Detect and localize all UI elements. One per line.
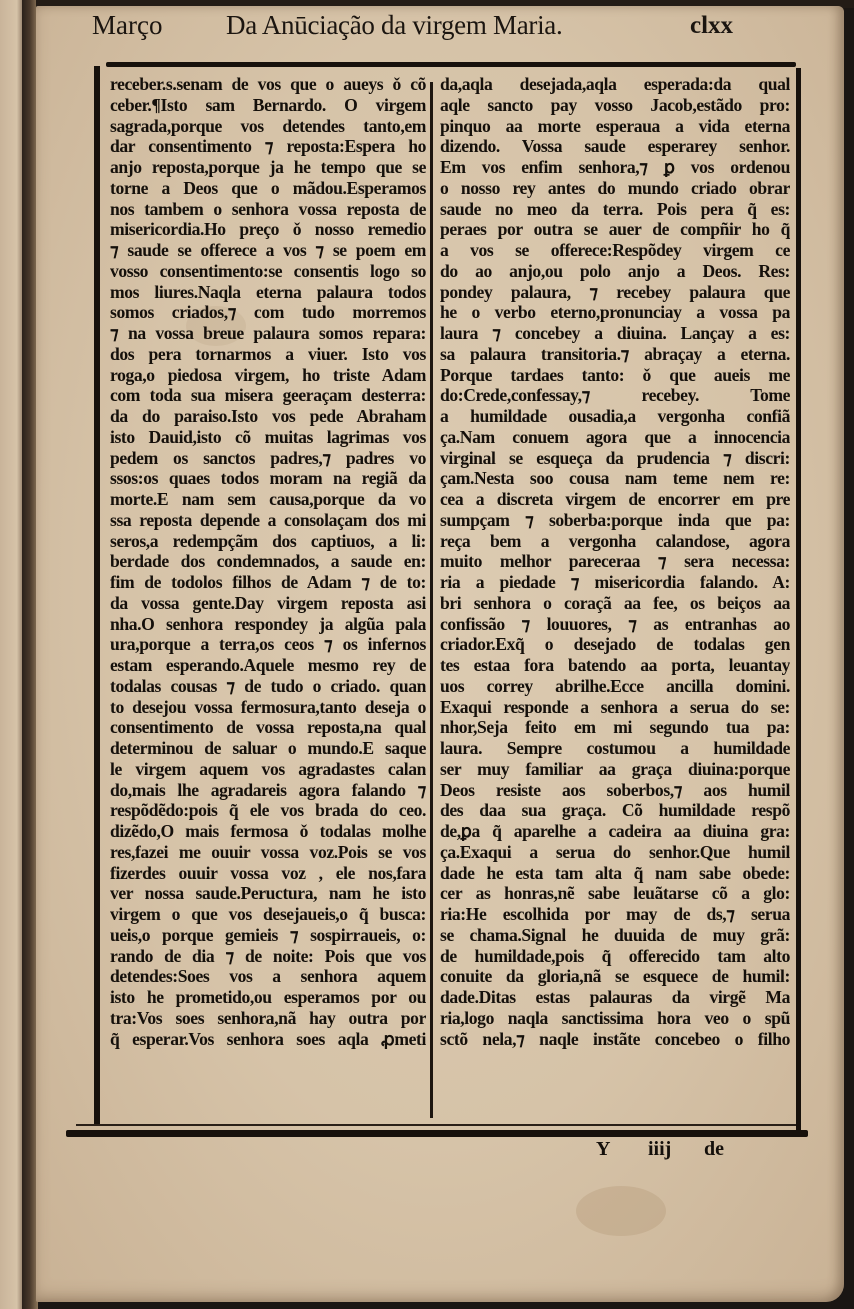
text-line: conuite da gloria,nã se esquece de humil… xyxy=(440,966,790,987)
text-line: morte.E nam sem causa,porque da vo xyxy=(110,489,426,510)
text-line: ssos:os quaes todos moram na regiã da xyxy=(110,468,426,489)
text-line: laura ⁊ concebey a diuina. Lançay a es: xyxy=(440,323,790,344)
text-line: do,mais lhe agradareis agora falando ⁊ xyxy=(110,780,426,801)
text-line: vosso consentimento:se consentis logo so xyxy=(110,261,426,282)
text-line: de humildade,pois q̃ offerecido tam alto xyxy=(440,946,790,967)
text-line: ver nossa saude.Peructura, nam he isto xyxy=(110,883,426,904)
text-line: do ao anjo,ou polo anjo a Deos. Res: xyxy=(440,261,790,282)
text-line: sagrada,porque vos detendes tanto,em xyxy=(110,116,426,137)
text-line: roga,o piedosa virgem, ho triste Adam xyxy=(110,365,426,386)
text-line: aqle sancto pay vosso Jacob,estãdo pro: xyxy=(440,95,790,116)
text-line: ria,logo naqla sanctissima hora veo o sp… xyxy=(440,1008,790,1029)
text-line: pinquo aa morte esperaua a vida eterna xyxy=(440,116,790,137)
text-line: mos liures.Naqla eterna palaura todos xyxy=(110,282,426,303)
text-line: anjo reposta,porque ja he tempo que se xyxy=(110,157,426,178)
text-line: sumpçam ⁊ soberba:porque inda que pa: xyxy=(440,510,790,531)
text-line: da do paraiso.Isto vos pede Abraham xyxy=(110,406,426,427)
text-line: nos tambem o senhora vossa reposta de xyxy=(110,199,426,220)
text-line: ssa reposta depende a consolaçam dos mi xyxy=(110,510,426,531)
text-line: dade he esta tam alta q̃ nam sabe obede: xyxy=(440,863,790,884)
text-line: a vos se offerece:Respõdey virgem ce xyxy=(440,240,790,261)
text-line: cer as honras,nẽ sabe leuãtarse cõ a glo… xyxy=(440,883,790,904)
running-head-month: Março xyxy=(92,10,162,41)
text-line: le virgem aquem vos agradastes calan xyxy=(110,759,426,780)
signature-mark: Y xyxy=(596,1138,610,1161)
left-text-column: receber.s.senam de vos que o aueys ǒ cõc… xyxy=(110,74,426,1049)
text-line: çam.Nesta soo cousa nam teme nem re: xyxy=(440,468,790,489)
text-line: dos pera tornarmos a viuer. Isto vos xyxy=(110,344,426,365)
text-line: to desejou vossa fermosura,tanto deseja … xyxy=(110,697,426,718)
text-line: isto Dauid,isto cõ muitas lagrimas vos xyxy=(110,427,426,448)
text-line: de,ꝑa q̃ aparelhe a cadeira aa diuina gr… xyxy=(440,821,790,842)
text-line: ça.Nam conuem agora que a innocencia xyxy=(440,427,790,448)
text-line: ⁊ saude se offerece a vos ⁊ se poem em xyxy=(110,240,426,261)
bottom-border-rule xyxy=(66,1130,808,1137)
text-line: determinou de saluar o mundo.E saque xyxy=(110,738,426,759)
text-line: criador.Exq̃ o desejado de todalas gen xyxy=(440,634,790,655)
text-line: o nosso rey antes do mundo criado obrar xyxy=(440,178,790,199)
right-border-rule xyxy=(796,68,801,1134)
text-line: receber.s.senam de vos que o aueys ǒ cõ xyxy=(110,74,426,95)
text-line: laura. Sempre costumou a humildade xyxy=(440,738,790,759)
text-line: nha.O senhora respondey ja algũa pala xyxy=(110,614,426,635)
text-line: ⁊ na vossa breue palaura somos repara: xyxy=(110,323,426,344)
text-line: ria:He escolhida por may de ds,⁊ serua xyxy=(440,904,790,925)
text-line: sa palaura transitoria.⁊ abraçay a etern… xyxy=(440,344,790,365)
text-line: tra:Vos soes senhora,nã hay outra por xyxy=(110,1008,426,1029)
text-line: muito melhor pareceraa ⁊ sera necessa: xyxy=(440,551,790,572)
text-line: ria a piedade ⁊ misericordia falando. A: xyxy=(440,572,790,593)
text-line: da,aqla desejada,aqla esperada:da qual xyxy=(440,74,790,95)
text-line: estam esperando.Aquele mesmo rey de xyxy=(110,655,426,676)
text-line: fim de todolos filhos de Adam ⁊ de to: xyxy=(110,572,426,593)
text-line: bri senhora o coraçã aa fee, os beiços a… xyxy=(440,593,790,614)
right-text-column: da,aqla desejada,aqla esperada:da qualaq… xyxy=(440,74,790,1049)
paper-stain xyxy=(576,1186,666,1236)
book-page: Março Da Anūciação da virgem Maria. clxx… xyxy=(36,6,844,1302)
text-line: ura,porque a terra,os ceos ⁊ os infernos xyxy=(110,634,426,655)
text-line: a humildade ousadia,a vergonha confiã xyxy=(440,406,790,427)
text-line: virgem o que vos desejaueis,o q̃ busca: xyxy=(110,904,426,925)
text-line: do:Crede,confessay,⁊ recebey. Tome xyxy=(440,385,790,406)
text-line: virginal se esqueça da prudencia ⁊ discr… xyxy=(440,448,790,469)
text-line: Porque tardaes tanto: ǒ que aueis me xyxy=(440,365,790,386)
text-line: com toda sua misera geeraçam desterra: xyxy=(110,385,426,406)
text-line: uos correy abrilhe.Ecce ancilla domini. xyxy=(440,676,790,697)
text-line: ueis,o porque gemieis ⁊ sospirraueis, o: xyxy=(110,925,426,946)
text-line: ceber.¶Isto sam Bernardo. O virgem xyxy=(110,95,426,116)
text-line: seros,a redempçãm dos captiuos, a li: xyxy=(110,531,426,552)
text-line: Em vos enfim senhora,⁊ ꝑ vos ordenou xyxy=(440,157,790,178)
text-line: dar consentimento ⁊ reposta:Espera ho xyxy=(110,136,426,157)
text-line: res,fazei me ouuir vossa voz.Pois se vos xyxy=(110,842,426,863)
text-line: respõdẽdo:pois q̃ ele vos brada do ceo. xyxy=(110,800,426,821)
catchword: de xyxy=(704,1138,724,1161)
text-line: reça bem a vergonha calandose, agora xyxy=(440,531,790,552)
text-line: nhor,Seja feito em mi segundo tua pa: xyxy=(440,717,790,738)
text-line: ça.Exaqui a serua do senhor.Que humil xyxy=(440,842,790,863)
text-line: pedem os sanctos padres,⁊ padres vo xyxy=(110,448,426,469)
signature-number: iiij xyxy=(648,1138,671,1161)
text-line: isto he prometido,ou esperamos por ou xyxy=(110,987,426,1008)
text-line: peraes por outra se auer de compñir ho q… xyxy=(440,219,790,240)
text-line: dizẽdo,O mais fermosa ǒ todalas molhe xyxy=(110,821,426,842)
text-line: torne a Deos que o mãdou.Esperamos xyxy=(110,178,426,199)
text-line: cea a discreta virgem de encorrer em pre xyxy=(440,489,790,510)
top-border-rule xyxy=(106,62,796,67)
text-line: tes estaa fora batendo aa porta, leuanta… xyxy=(440,655,790,676)
text-line: sctõ nela,⁊ naqle instãte concebeo o fil… xyxy=(440,1029,790,1050)
column-divider-rule xyxy=(430,82,433,1118)
text-line: ser muy familiar aa graça diuina:porque xyxy=(440,759,790,780)
text-line: fizerdes ouuir vossa voz , ele nos,fara xyxy=(110,863,426,884)
text-line: todalas cousas ⁊ de tudo o criado. quan xyxy=(110,676,426,697)
running-head: Março Da Anūciação da virgem Maria. clxx xyxy=(36,6,844,56)
text-line: saude no meo da terra. Pois pera q̃ es: xyxy=(440,199,790,220)
facing-page-edge xyxy=(0,0,24,1309)
text-line: he o verbo eterno,pronunciay a vossa pa xyxy=(440,302,790,323)
text-line: dizendo. Vossa saude esperarey senhor. xyxy=(440,136,790,157)
text-line: consentimento de vossa reposta,na qual xyxy=(110,717,426,738)
text-line: detendes:Soes vos a senhora aquem xyxy=(110,966,426,987)
text-line: rando de dia ⁊ de noite: Pois que vos xyxy=(110,946,426,967)
text-line: pondey palaura, ⁊ recebey palaura que xyxy=(440,282,790,303)
text-line: confissão ⁊ louuores, ⁊ as entranhas ao xyxy=(440,614,790,635)
text-line: q̃ esperar.Vos senhora soes aqla ꝓmeti xyxy=(110,1029,426,1050)
text-line: somos criados,⁊ com tudo morremos xyxy=(110,302,426,323)
text-line: misericordia.Ho preço ǒ nosso remedio xyxy=(110,219,426,240)
left-border-rule xyxy=(94,66,100,1124)
text-line: da vossa gente.Day virgem reposta asi xyxy=(110,593,426,614)
text-line: dade.Ditas estas palauras da virgẽ Ma xyxy=(440,987,790,1008)
running-head-title: Da Anūciação da virgem Maria. xyxy=(226,10,562,41)
text-line: Exaqui responde a senhora a serua do se: xyxy=(440,697,790,718)
text-line: se chama.Signal he duuida de muy grã: xyxy=(440,925,790,946)
folio-number: clxx xyxy=(690,12,733,40)
text-line: berdade dos condemnados, a saude en: xyxy=(110,551,426,572)
text-line: des daa sua graça. Cõ humildade respõ xyxy=(440,800,790,821)
text-line: Deos resiste aos soberbos,⁊ aos humil xyxy=(440,780,790,801)
bottom-inner-rule xyxy=(76,1124,796,1126)
